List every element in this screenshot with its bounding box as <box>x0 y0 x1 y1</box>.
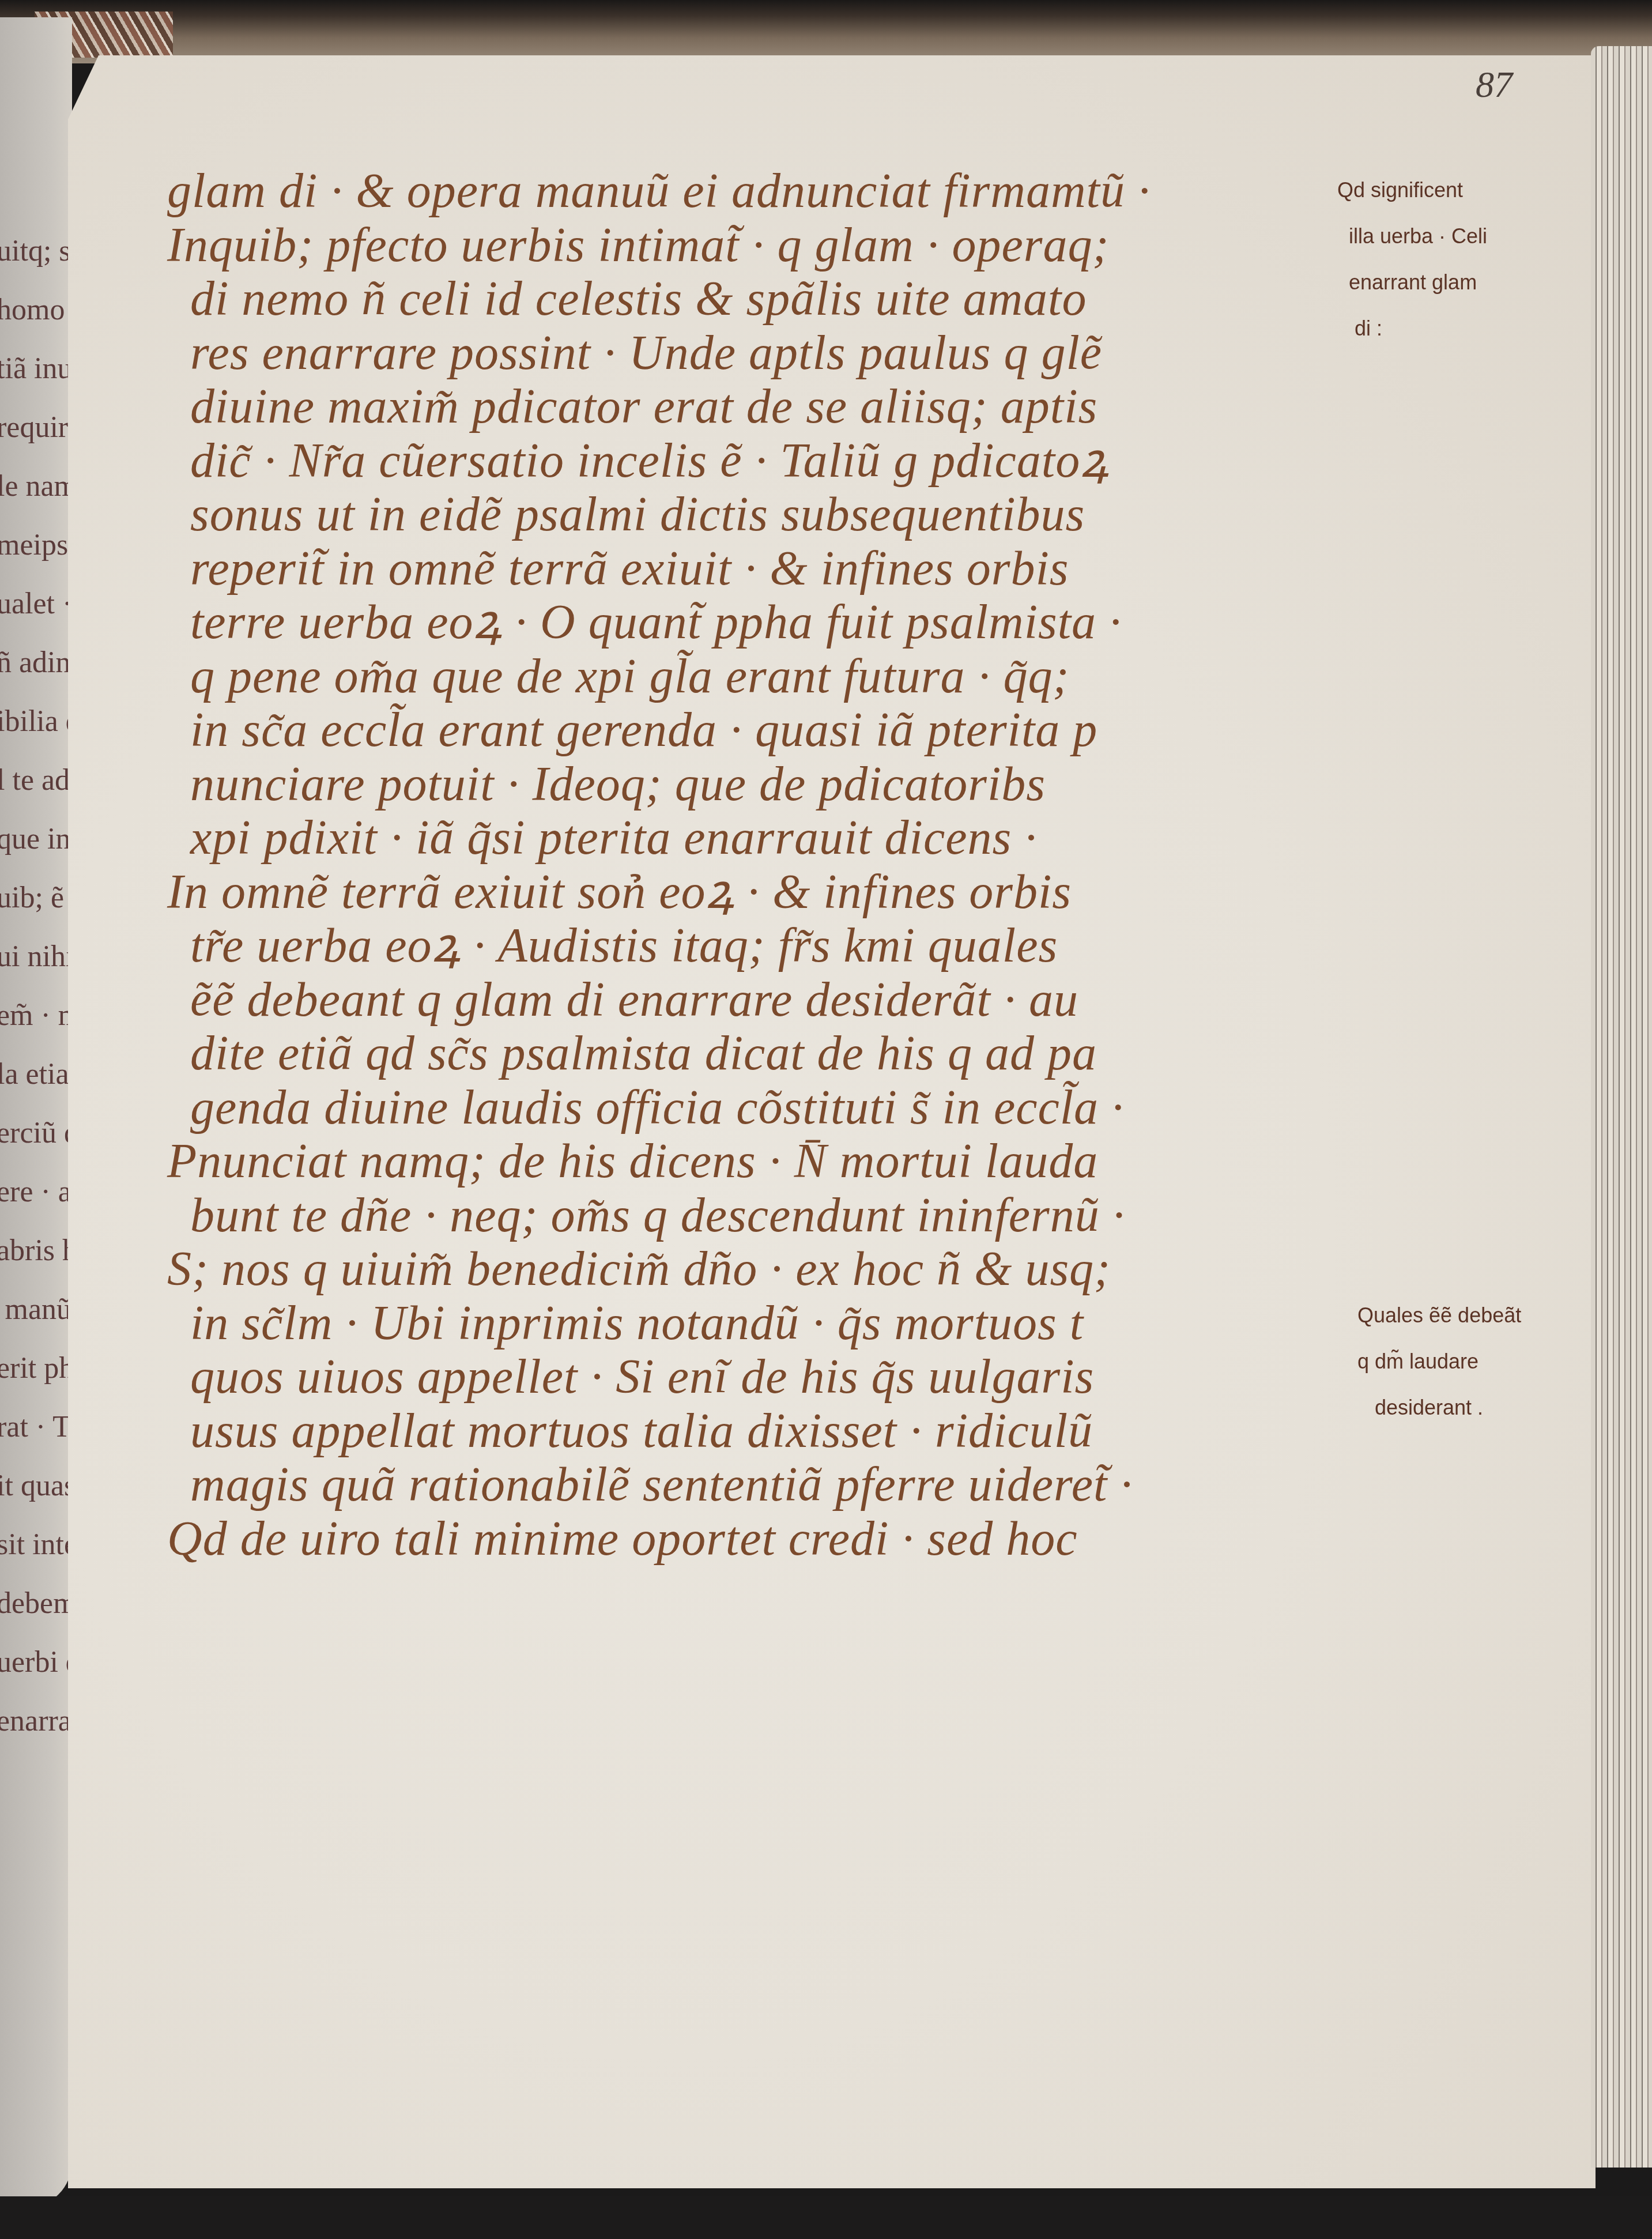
fragment-line: requirenda <box>0 398 71 457</box>
fragment-line: l te addi <box>0 751 71 810</box>
fragment-line: ui nihil <box>0 928 71 986</box>
text-line: reperit̃ in omnẽ terrã exiuit · & infine… <box>167 542 1349 596</box>
text-line: In omnẽ terrã exiuit son̉ eoꝝ · & infine… <box>167 865 1349 919</box>
fragment-line: le namq; <box>0 457 71 516</box>
gloss-line: desiderant . <box>1357 1384 1521 1430</box>
stacked-page-edges <box>1591 46 1652 2168</box>
text-line: res enarrare possint · Unde aptls paulus… <box>167 326 1349 380</box>
gloss-line: Quales ẽẽ debeãt <box>1357 1291 1521 1337</box>
fragment-line: manũ <box>0 1280 71 1339</box>
fragment-line: abris hal <box>0 1222 71 1280</box>
text-line: S; nos q uiuim̃ benedicim̃ dño · ex hoc … <box>167 1242 1349 1296</box>
text-line: q pene om̃a que de xpi gl̃a erant futura… <box>167 650 1349 704</box>
fragment-line: uerbi diu <box>0 1633 71 1692</box>
fragment-line: que inno <box>0 810 71 869</box>
fragment-line: ualet · Id <box>0 575 71 634</box>
text-line: sonus ut in eidẽ psalmi dictis subsequen… <box>167 488 1349 542</box>
text-line: di nemo ñ celi id celestis & spãlis uite… <box>167 272 1349 326</box>
book-binding-top <box>0 0 1652 63</box>
text-line: genda diuine laudis officia cõstituti s̃… <box>167 1081 1349 1135</box>
text-line: bunt te dñe · neq; om̃s q descendunt ini… <box>167 1189 1349 1243</box>
fragment-line: it quasi <box>0 1457 71 1516</box>
text-line: Qd de uiro tali minime oportet credi · s… <box>167 1512 1349 1566</box>
fragment-line: ere · acr <box>0 1163 71 1222</box>
text-line: quos uiuos appellet · Si enĩ de his q̃s … <box>167 1350 1349 1404</box>
fragment-line: ñ adinui <box>0 634 71 692</box>
text-line: usus appellat mortuos talia dixisset · r… <box>167 1404 1349 1458</box>
fragment-line: uitq; sit <box>0 222 71 281</box>
gloss-line: di : <box>1337 306 1487 352</box>
gloss-line: Qd significent <box>1337 167 1487 213</box>
text-line: Pnunciat namq; de his dicens · N̄ mortui… <box>167 1134 1349 1189</box>
background-bottom <box>0 2196 1652 2239</box>
fragment-line: uib; ẽ illa <box>0 869 71 928</box>
text-line: nunciare potuit · Ideoq; que de pdicator… <box>167 757 1349 812</box>
text-line: in sc̃lm · Ubi inprimis notandũ · q̃s mo… <box>167 1296 1349 1351</box>
text-line: xpi pdixit · iã q̃si pterita enarrauit d… <box>167 811 1349 865</box>
text-line: terre uerba eoꝝ · O quant̃ ppha fuit psa… <box>167 595 1349 650</box>
folio-number: 87 <box>1476 63 1513 106</box>
facing-page-fragments: uitq; sit homo · tiã inui requirenda le … <box>0 222 71 1751</box>
fragment-line: rat · Talu <box>0 1398 71 1457</box>
fragment-line: em̃ · mal <box>0 986 71 1045</box>
fragment-line: tiã inui <box>0 340 71 398</box>
facing-page-edge: uitq; sit homo · tiã inui requirenda le … <box>0 17 72 2208</box>
text-line: Inquib; pfecto uerbis intimat̃ · q glam … <box>167 218 1349 273</box>
gloss-line: illa uerba · Celi <box>1337 213 1487 259</box>
text-line: in sc̃a eccl̃a erant gerenda · quasi iã … <box>167 703 1349 757</box>
fragment-line: debemus <box>0 1574 71 1633</box>
fragment-line: meipso · <box>0 516 71 575</box>
fragment-line: la etiam <box>0 1045 71 1104</box>
fragment-line: homo · <box>0 281 71 340</box>
text-line: diuine maxim̃ pdicator erat de se aliisq… <box>167 380 1349 434</box>
text-line: tr̃e uerba eoꝝ · Audistis itaq; fr̃s kmi… <box>167 919 1349 973</box>
fragment-line: erciũ q̃q; <box>0 1104 71 1163</box>
text-line: dic̃ · Nr̃a cũersatio incelis ẽ · Taliũ … <box>167 434 1349 488</box>
marginal-gloss-1: Qd significent illa uerba · Celi enarran… <box>1337 167 1487 352</box>
text-line: ẽẽ debeant q glam di enarrare desiderãt … <box>167 973 1349 1027</box>
fragment-line: erit phã <box>0 1339 71 1398</box>
gloss-line: enarrant glam <box>1337 259 1487 306</box>
text-line: magis quã rationabilẽ sententiã pferre u… <box>167 1458 1349 1512</box>
text-line: dite etiã qd sc̃s psalmista dicat de his… <box>167 1027 1349 1081</box>
gloss-line: q dm̃ laudare <box>1357 1337 1521 1384</box>
main-text-block: glam di · & opera manuũ ei adnunciat fir… <box>167 164 1349 1566</box>
text-line: glam di · & opera manuũ ei adnunciat fir… <box>167 164 1349 218</box>
marginal-gloss-2: Quales ẽẽ debeãt q dm̃ laudare desideran… <box>1357 1291 1521 1430</box>
fragment-line: enarram <box>0 1692 71 1751</box>
fragment-line: sit intell <box>0 1516 71 1574</box>
fragment-line: ibilia di <box>0 692 71 751</box>
